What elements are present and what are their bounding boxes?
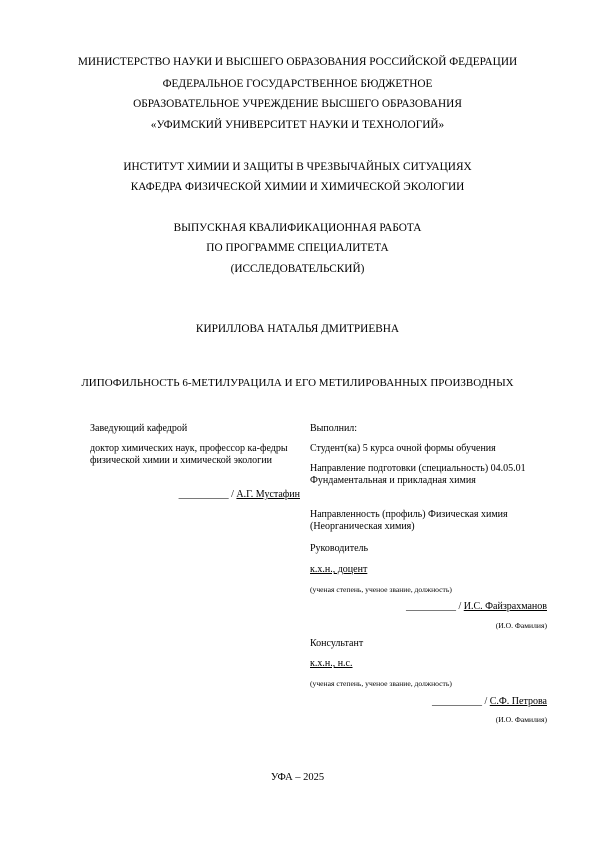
head-label: Заведующий кафедрой	[90, 423, 300, 435]
institute-name: ИНСТИТУТ ХИМИИ И ЗАЩИТЫ В ЧРЕЗВЫЧАЙНЫХ С…	[0, 161, 595, 173]
consultant-degree-hint: (ученая степень, ученое звание, должност…	[310, 678, 452, 690]
supervisor-signature: __________ / И.С. Файзрахманов	[310, 601, 547, 612]
consultant-name: С.Ф. Петрова	[490, 696, 547, 707]
institution-line: ОБРАЗОВАТЕЛЬНОЕ УЧРЕЖДЕНИЕ ВЫСШЕГО ОБРАЗ…	[0, 98, 595, 110]
author-name: КИРИЛЛОВА НАТАЛЬЯ ДМИТРИЕВНА	[0, 323, 595, 335]
supervisor-degree: к.х.н., доцент	[310, 564, 367, 576]
city-year: УФА – 2025	[0, 772, 595, 783]
supervisor-degree-hint: (ученая степень, ученое звание, должност…	[310, 584, 452, 596]
thesis-title: ЛИПОФИЛЬНОСТЬ 6-МЕТИЛУРАЦИЛА И ЕГО МЕТИЛ…	[0, 377, 595, 389]
consultant-signature: __________ / С.Ф. Петрова	[310, 696, 547, 707]
work-type: ВЫПУСКНАЯ КВАЛИФИКАЦИОННАЯ РАБОТА	[0, 222, 595, 234]
consultant-label: Консультант	[310, 638, 363, 650]
supervisor-name: И.С. Файзрахманов	[464, 601, 547, 612]
university-name: «УФИМСКИЙ УНИВЕРСИТЕТ НАУКИ И ТЕХНОЛОГИЙ…	[0, 119, 595, 131]
head-signature: __________ / А.Г. Мустафин	[90, 489, 300, 500]
work-kind: (ИССЛЕДОВАТЕЛЬСКИЙ)	[0, 263, 595, 275]
department-name: КАФЕДРА ФИЗИЧЕСКОЙ ХИМИИ И ХИМИЧЕСКОЙ ЭК…	[0, 181, 595, 193]
consultant-name-hint: (И.О. Фамилия)	[310, 715, 547, 724]
ministry-line: МИНИСТЕРСТВО НАУКИ И ВЫСШЕГО ОБРАЗОВАНИЯ…	[0, 56, 595, 68]
work-program: ПО ПРОГРАММЕ СПЕЦИАЛИТЕТА	[0, 242, 595, 254]
performer-profile: Направленность (профиль) Физическая хими…	[310, 509, 550, 532]
supervisor-name-hint: (И.О. Фамилия)	[310, 621, 547, 630]
federal-line: ФЕДЕРАЛЬНОЕ ГОСУДАРСТВЕННОЕ БЮДЖЕТНОЕ	[0, 78, 595, 90]
head-position: доктор химических наук, профессор ка-фед…	[90, 443, 302, 466]
performer-student: Студент(ка) 5 курса очной формы обучения	[310, 443, 550, 455]
performer-direction: Направление подготовки (специальность) 0…	[310, 463, 550, 486]
performer-label: Выполнил:	[310, 423, 550, 435]
supervisor-label: Руководитель	[310, 543, 368, 555]
head-name: А.Г. Мустафин	[236, 489, 300, 500]
consultant-degree: к.х.н., н.с.	[310, 658, 353, 670]
